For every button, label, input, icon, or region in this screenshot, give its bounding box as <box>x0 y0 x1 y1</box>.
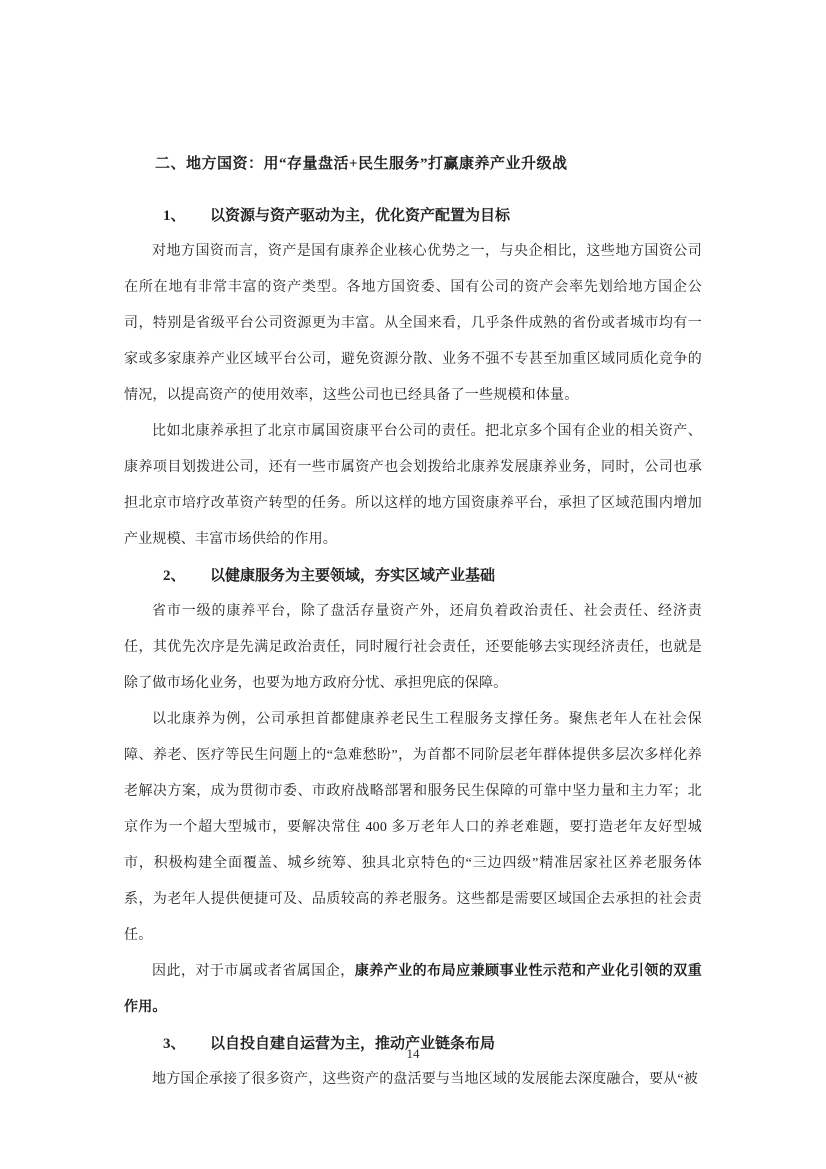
section-1-number: 1、 <box>163 198 210 234</box>
section-2-emphasis-paragraph: 因此，对于市属或者省属国企，康养产业的布局应兼顾事业性示范和产业化引领的双重作用… <box>124 954 702 1026</box>
section-2-paragraph-1: 省市一级的康养平台，除了盘活存量资产外，还肩负着政治责任、社会责任、经济责任，其… <box>124 594 702 702</box>
section-1-paragraph-2: 比如北康养承担了北京市属国资康平台公司的责任。把北京多个国有企业的相关资产、康养… <box>124 414 702 558</box>
section-2-heading: 2、 以健康服务为主要领域，夯实区域产业基础 <box>124 558 702 594</box>
section-1-title: 以资源与资产驱动为主，优化资产配置为目标 <box>210 198 510 234</box>
document-content: 二、地方国资：用“存量盘活+民生服务”打赢康养产业升级战 1、 以资源与资产驱动… <box>124 146 702 1098</box>
document-main-heading: 二、地方国资：用“存量盘活+民生服务”打赢康养产业升级战 <box>124 146 702 182</box>
section-2-number: 2、 <box>163 558 210 594</box>
document-page: 二、地方国资：用“存量盘活+民生服务”打赢康养产业升级战 1、 以资源与资产驱动… <box>0 0 826 1169</box>
section-1-paragraph-1: 对地方国资而言，资产是国有康养企业核心优势之一，与央企相比，这些地方国资公司在所… <box>124 234 702 414</box>
section-2-paragraph-2: 以北康养为例，公司承担首都健康养老民生工程服务支撑任务。聚焦老年人在社会保障、养… <box>124 702 702 954</box>
section-2-title: 以健康服务为主要领域，夯实区域产业基础 <box>210 558 495 594</box>
section-3-paragraph-1: 地方国企承接了很多资产，这些资产的盘活要与当地区域的发展能去深度融合，要从“被 <box>124 1062 702 1098</box>
page-number: 14 <box>0 1046 826 1062</box>
section-1-heading: 1、 以资源与资产驱动为主，优化资产配置为目标 <box>124 198 702 234</box>
emphasis-paragraph-lead-text: 因此，对于市属或者省属国企， <box>152 964 355 979</box>
